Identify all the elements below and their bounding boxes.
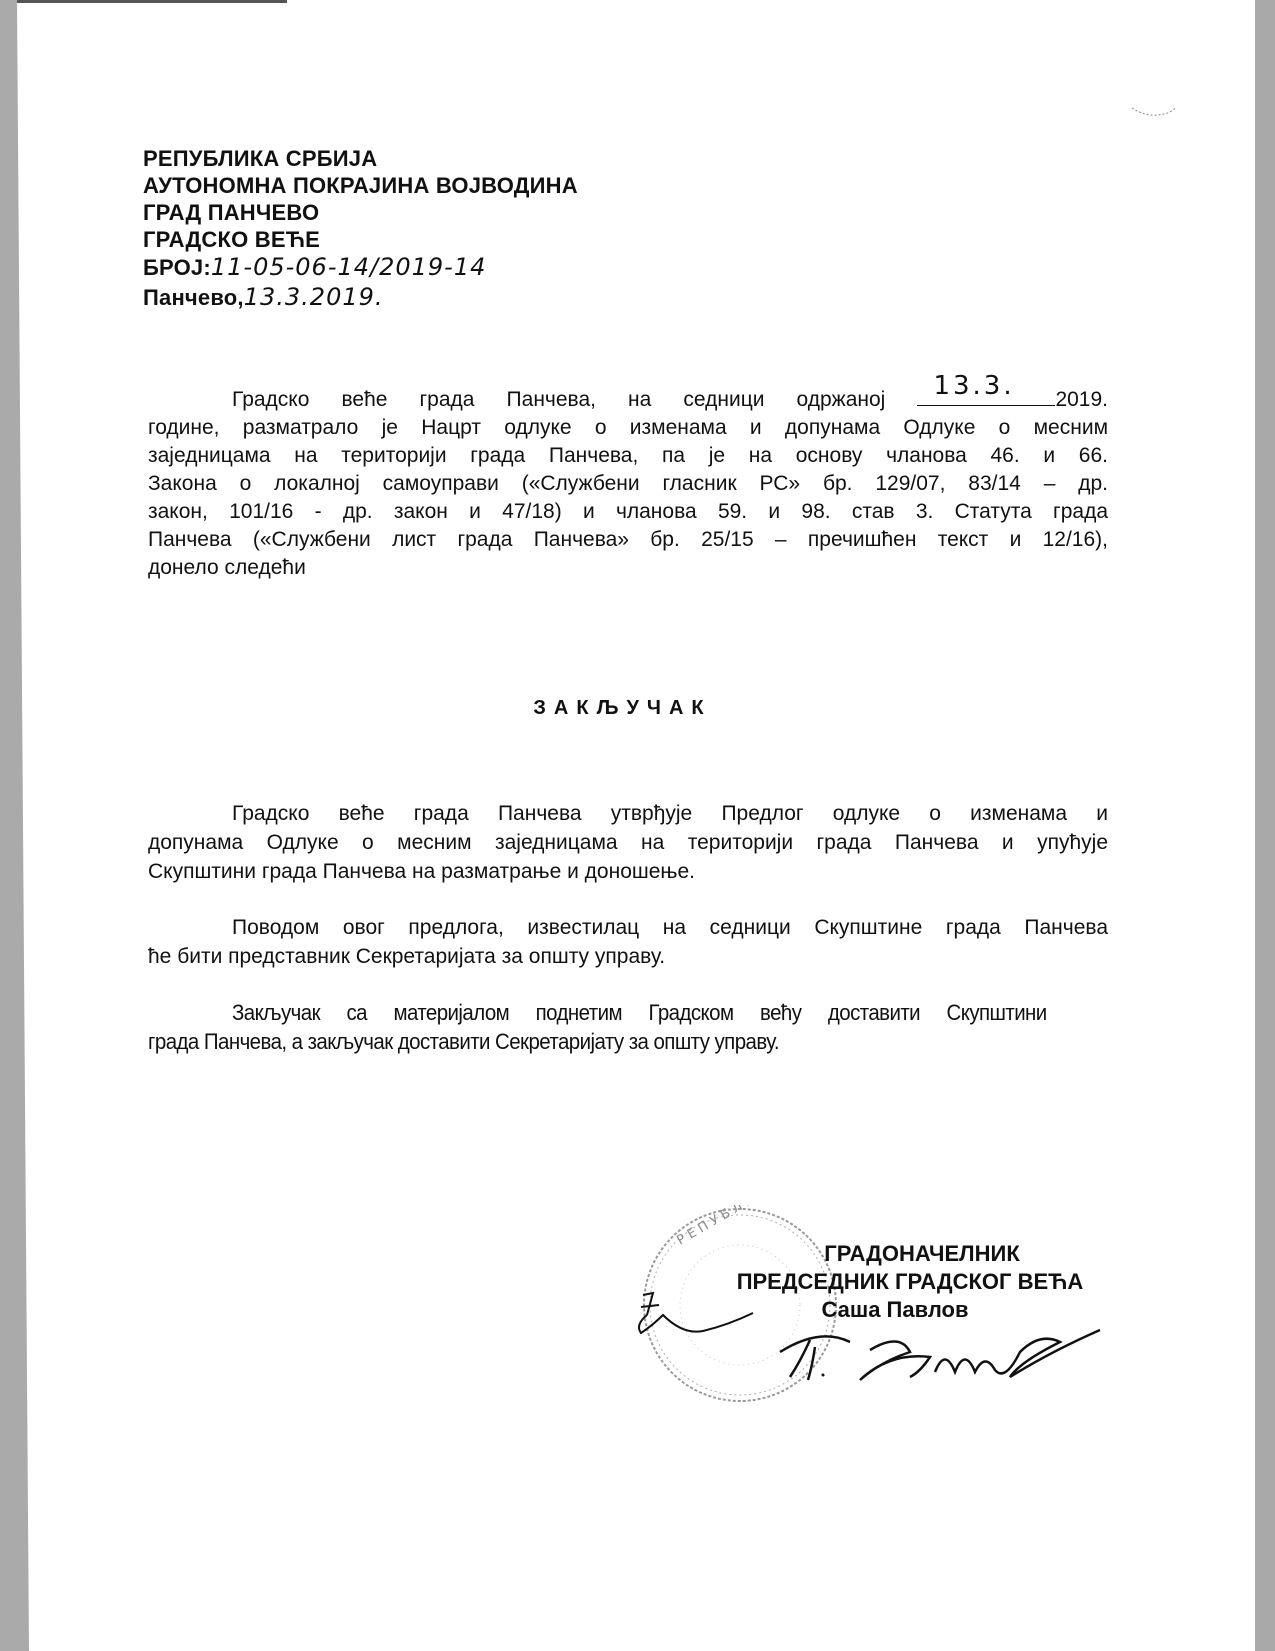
body-p1-line-1: Градско веће града Панчева утврђује Пред… — [232, 801, 1108, 827]
body-p3-line-1: Закључак са материјалом поднетим Градско… — [232, 1000, 1047, 1026]
number-value-handwritten: 11-05-06-14/2019-14 — [211, 253, 487, 281]
preamble-text: Градско веће града Панчева, на седници о… — [232, 388, 885, 411]
smudge-mark — [1130, 100, 1180, 120]
session-date-handwritten: 13.3. — [933, 373, 1014, 399]
signatory-title-council: ПРЕДСЕДНИК ГРАДСКОГ ВЕЋА — [700, 1268, 1120, 1296]
handwritten-signature — [760, 1322, 1120, 1392]
signatory-title-mayor: ГРАДОНАЧЕЛНИК — [700, 1240, 1120, 1268]
body-p2-line-1: Поводом овог предлога, известилац на сед… — [232, 915, 1108, 941]
header-republic: РЕПУБЛИКА СРБИЈА — [143, 145, 377, 173]
preamble-line-5: закон, 101/16 - др. закон и 47/18) и чла… — [148, 499, 1108, 525]
body-p1-line-3: Скупштини града Панчева на разматрање и … — [148, 859, 1108, 885]
signature-block: ГРАДОНАЧЕЛНИК ПРЕДСЕДНИК ГРАДСКОГ ВЕЋА С… — [700, 1240, 1120, 1324]
header-council: ГРАДСКО ВЕЋЕ — [143, 226, 320, 254]
preamble-line-7: донело следећи — [148, 555, 1108, 581]
place-label: Панчево, — [143, 285, 244, 310]
preamble-line-1: Градско веће града Панчева, на седници о… — [232, 387, 1108, 413]
place-date-handwritten: 13.3.2019. — [244, 283, 384, 311]
header-number: БРОЈ:11-05-06-14/2019-14 — [143, 253, 486, 282]
signatory-name: Саша Павлов — [670, 1296, 1120, 1324]
header-place-date: Панчево,13.3.2019. — [143, 283, 384, 312]
number-label: БРОЈ: — [143, 255, 211, 280]
document-page: РЕПУБЛИКА СРБИЈА АУТОНОМНА ПОКРАЈИНА ВОЈ… — [0, 0, 1275, 1651]
preamble-year: 2019. — [1055, 388, 1108, 411]
preamble-line-6: Панчева («Службени лист града Панчева» б… — [148, 527, 1108, 553]
body-p3-line-2: града Панчева, а закључак доставити Секр… — [148, 1029, 1041, 1055]
document-title: ЗАКЉУЧАК — [0, 697, 1275, 720]
preamble-line-3: заједницама на територији града Панчева,… — [148, 443, 1108, 469]
body-p2-line-2: ће бити представник Секретаријата за опш… — [148, 944, 1108, 970]
body-p1-line-2: допунама Одлуке о месним заједницама на … — [148, 830, 1108, 856]
header-province: АУТОНОМНА ПОКРАЈИНА ВОЈВОДИНА — [143, 172, 578, 200]
preamble-line-2: године, разматрало је Нацрт одлуке о изм… — [148, 415, 1108, 441]
header-city: ГРАД ПАНЧЕВО — [143, 199, 319, 227]
session-date-blank: 13.3. — [917, 387, 1055, 406]
preamble-line-4: Закона о локалној самоуправи («Службени … — [148, 471, 1108, 497]
